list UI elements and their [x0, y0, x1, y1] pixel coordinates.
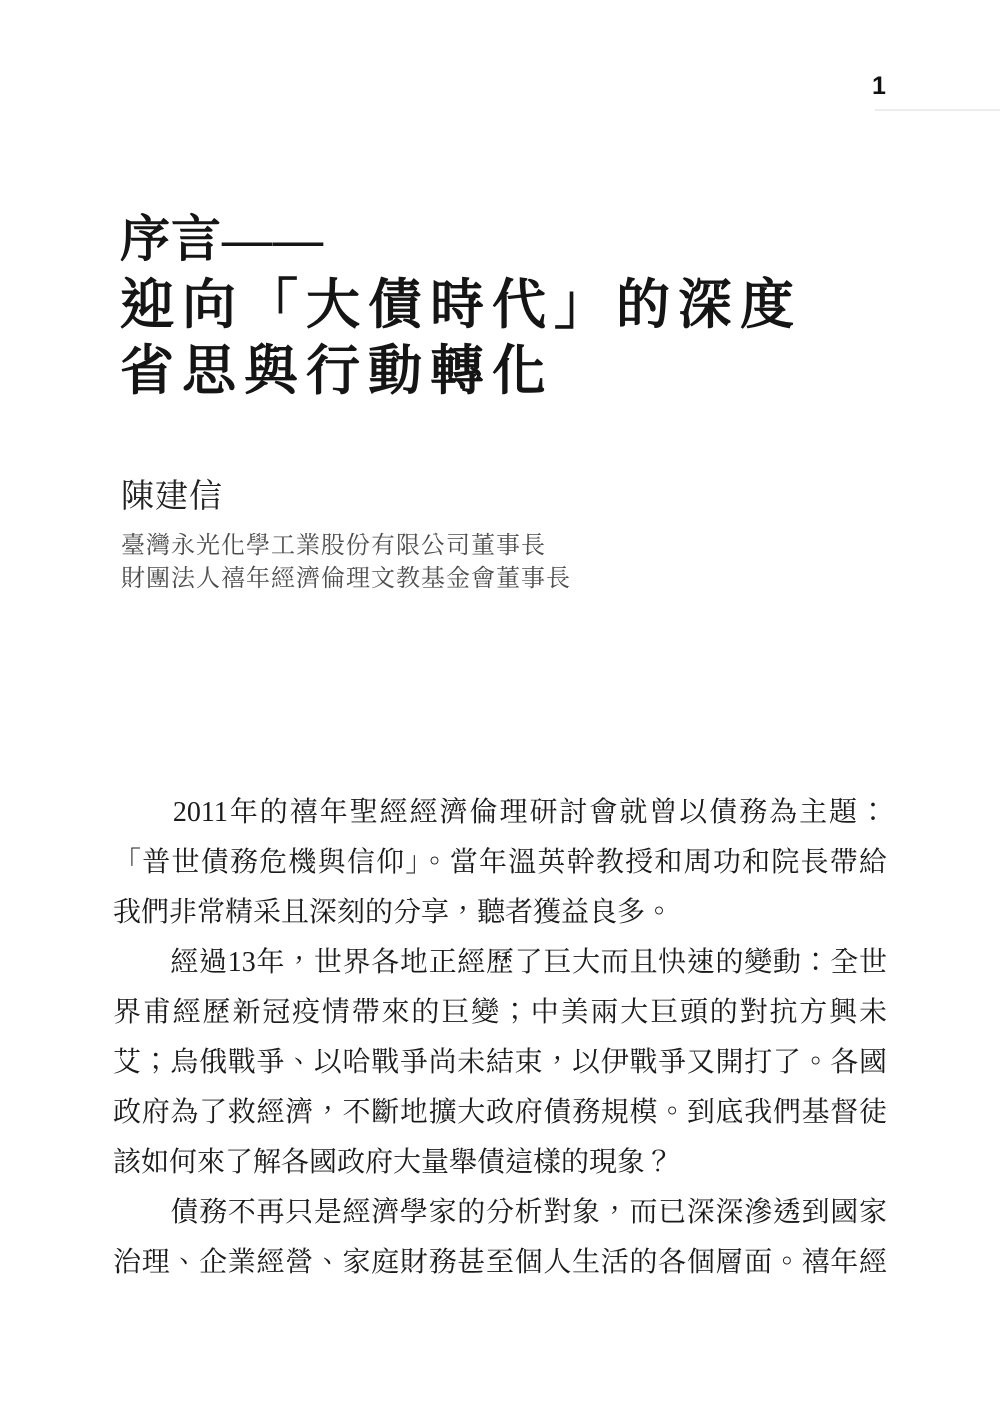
- chapter-title-line-3: 省思與行動轉化: [120, 338, 920, 404]
- body-line: 艾；烏俄戰爭、以哈戰爭尚未結束，以伊戰爭又開打了。各國: [113, 1038, 887, 1088]
- chapter-title-line-1: 序言——: [120, 206, 920, 272]
- body-line: 治理、企業經營、家庭財務甚至個人生活的各個層面。禧年經: [113, 1238, 887, 1288]
- body-line: 「普世債務危機與信仰」。當年溫英幹教授和周功和院長帶給: [113, 838, 887, 888]
- page-number: 1: [872, 74, 886, 99]
- body-line: 我們非常精采且深刻的分享，聽者獲益良多。: [113, 888, 887, 938]
- body-line: 該如何來了解各國政府大量舉債這樣的現象？: [113, 1138, 887, 1188]
- affiliation-line: 財團法人禧年經濟倫理文教基金會董事長: [121, 562, 821, 595]
- affiliation-line: 臺灣永光化學工業股份有限公司董事長: [121, 529, 821, 562]
- folio-rule: [875, 109, 1000, 111]
- body-line: 2011年的禧年聖經經濟倫理研討會就曾以債務為主題：: [113, 788, 887, 838]
- author-name: 陳建信: [121, 476, 821, 516]
- body-text: 2011年的禧年聖經經濟倫理研討會就曾以債務為主題：「普世債務危機與信仰」。當年…: [113, 788, 887, 1288]
- body-line: 政府為了救經濟，不斷地擴大政府債務規模。到底我們基督徒: [113, 1088, 887, 1138]
- author-block: 陳建信 臺灣永光化學工業股份有限公司董事長財團法人禧年經濟倫理文教基金會董事長: [121, 476, 821, 595]
- body-line: 債務不再只是經濟學家的分析對象，而已深深滲透到國家: [113, 1188, 887, 1238]
- chapter-title: 序言—— 迎向「大債時代」的深度 省思與行動轉化: [120, 206, 920, 404]
- body-line: 經過13年，世界各地正經歷了巨大而且快速的變動：全世: [113, 938, 887, 988]
- author-affiliations: 臺灣永光化學工業股份有限公司董事長財團法人禧年經濟倫理文教基金會董事長: [121, 529, 821, 595]
- book-page: 1 序言—— 迎向「大債時代」的深度 省思與行動轉化 陳建信 臺灣永光化學工業股…: [0, 0, 1000, 1404]
- chapter-title-line-2: 迎向「大債時代」的深度: [120, 272, 920, 338]
- body-line: 界甫經歷新冠疫情帶來的巨變；中美兩大巨頭的對抗方興未: [113, 988, 887, 1038]
